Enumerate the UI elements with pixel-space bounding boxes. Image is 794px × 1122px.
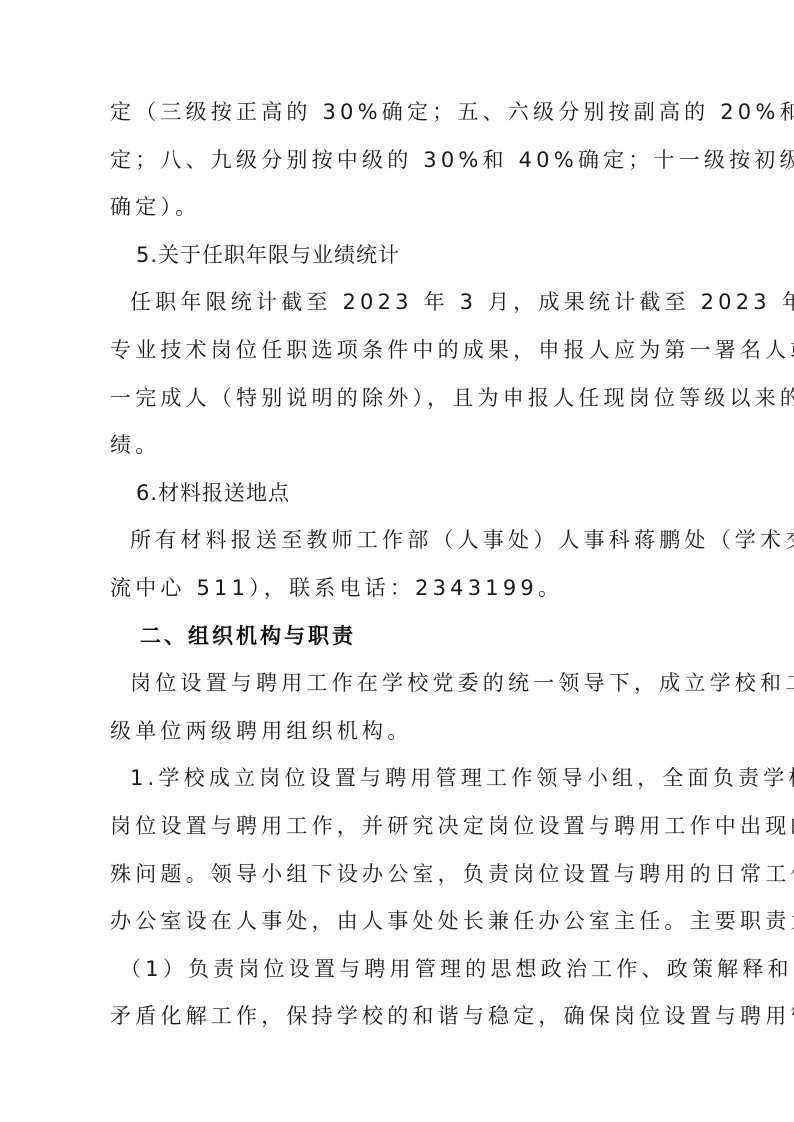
paragraph-line: 流中心 511），联系电话：2343199。: [110, 570, 720, 618]
paragraph-line: 定；八、九级分别按中级的 30%和 40%确定；十一级按初级的 50%: [110, 142, 720, 190]
document-page: 定（三级按正高的 30%确定；五、六级分别按副高的 20%和 40%确 定；八、…: [110, 94, 720, 1046]
paragraph-line: 所有材料报送至教师工作部（人事处）人事科蒋鹏处（学术交: [110, 522, 720, 570]
paragraph-line: 办公室设在人事处，由人事处处长兼任办公室主任。主要职责为：: [110, 903, 720, 951]
paragraph-line: 确定）。: [110, 189, 720, 237]
paragraph-line: 任职年限统计截至 2023 年 3 月，成果统计截至 2023 年 3 月。: [110, 284, 720, 332]
paragraph-line: 1.学校成立岗位设置与聘用管理工作领导小组，全面负责学校: [110, 760, 720, 808]
paragraph-line: 定（三级按正高的 30%确定；五、六级分别按副高的 20%和 40%确: [110, 94, 720, 142]
paragraph-line: 专业技术岗位任职选项条件中的成果，申报人应为第一署名人或第: [110, 332, 720, 380]
paragraph-line: 一完成人（特别说明的除外），且为申报人任现岗位等级以来的业: [110, 380, 720, 428]
paragraph-line: 岗位设置与聘用工作，并研究决定岗位设置与聘用工作中出现的特: [110, 808, 720, 856]
paragraph-line: 岗位设置与聘用工作在学校党委的统一领导下，成立学校和二: [110, 665, 720, 713]
item-5-title: 5.关于任职年限与业绩统计: [110, 237, 720, 285]
duty-item-1: （1）负责岗位设置与聘用管理的思想政治工作、政策解释和: [110, 951, 720, 999]
paragraph-line: 殊问题。领导小组下设办公室，负责岗位设置与聘用的日常工作，: [110, 856, 720, 904]
item-6-title: 6.材料报送地点: [110, 475, 720, 523]
paragraph-line: 矛盾化解工作，保持学校的和谐与稳定，确保岗位设置与聘用管理: [110, 998, 720, 1046]
paragraph-line: 绩。: [110, 427, 720, 475]
paragraph-line: 级单位两级聘用组织机构。: [110, 713, 720, 761]
section-2-heading: 二、组织机构与职责: [110, 618, 720, 666]
